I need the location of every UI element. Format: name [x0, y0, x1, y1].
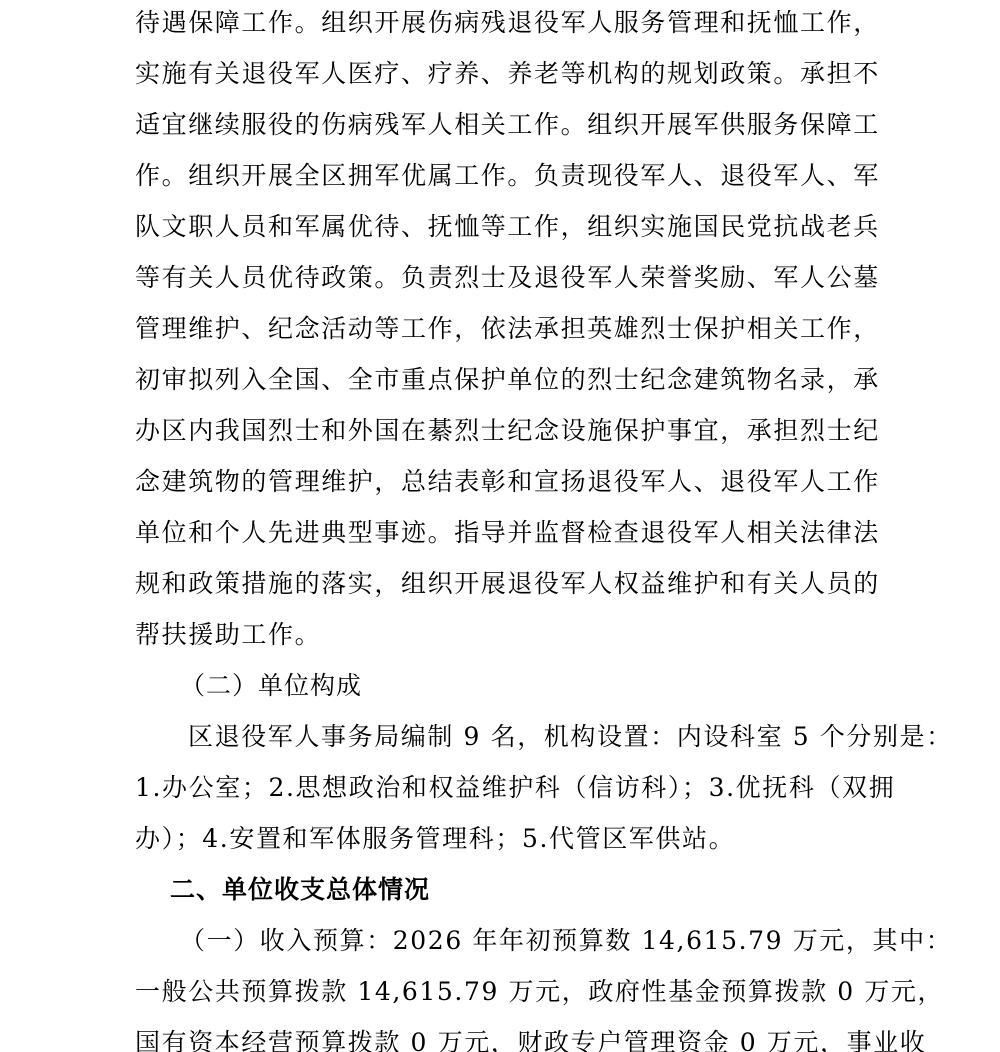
document-page: 待遇保障工作。组织开展伤病残退役军人服务管理和抚恤工作， 实施有关退役军人医疗、…: [0, 0, 1000, 1052]
paragraph-line: 帮扶援助工作。: [135, 620, 321, 650]
income-line: （一）收入预算：2026 年年初预算数 14,615.79 万元，其中：: [180, 926, 952, 956]
paragraph-line: 适宜继续服役的伤病残军人相关工作。组织开展军供服务保障工: [135, 110, 880, 140]
paragraph-line: 办区内我国烈士和外国在綦烈士纪念设施保护事宜，承担烈士纪: [135, 416, 880, 446]
income-line: 一般公共预算拨款 14,615.79 万元，政府性基金预算拨款 0 万元，: [135, 977, 944, 1007]
paragraph-line: 管理维护、纪念活动等工作，依法承担英雄烈士保护相关工作，: [135, 314, 880, 344]
paragraph-line: 规和政策措施的落实，组织开展退役军人权益维护和有关人员的: [135, 569, 880, 599]
paragraph-line: 队文职人员和军属优待、抚恤等工作，组织实施国民党抗战老兵: [135, 212, 880, 242]
paragraph-line: 实施有关退役军人医疗、疗养、养老等机构的规划政策。承担不: [135, 59, 880, 89]
paragraph-line: 待遇保障工作。组织开展伤病残退役军人服务管理和抚恤工作，: [135, 8, 880, 38]
composition-line: 区退役军人事务局编制 9 名，机构设置：内设科室 5 个分别是：: [188, 722, 953, 752]
paragraph-line: 等有关人员优待政策。负责烈士及退役军人荣誉奖励、军人公墓: [135, 263, 880, 293]
composition-line: 办）；4.安置和军体服务管理科；5.代管区军供站。: [135, 824, 735, 854]
paragraph-line: 作。组织开展全区拥军优属工作。负责现役军人、退役军人、军: [135, 161, 880, 191]
paragraph-line: 单位和个人先进典型事迹。指导并监督检查退役军人相关法律法: [135, 518, 880, 548]
paragraph-line: 念建筑物的管理维护，总结表彰和宣扬退役军人、退役军人工作: [135, 467, 880, 497]
paragraph-line: 初审拟列入全国、全市重点保护单位的烈士纪念建筑物名录，承: [135, 365, 880, 395]
subsection-title: （二）单位构成: [180, 671, 362, 701]
composition-line: 1.办公室；2.思想政治和权益维护科（信访科）；3.优抚科（双拥: [135, 773, 895, 803]
income-line: 国有资本经营预算拨款 0 万元，财政专户管理资金 0 万元，事业收: [135, 1028, 926, 1052]
section-title: 二、单位收支总体情况: [170, 875, 430, 905]
